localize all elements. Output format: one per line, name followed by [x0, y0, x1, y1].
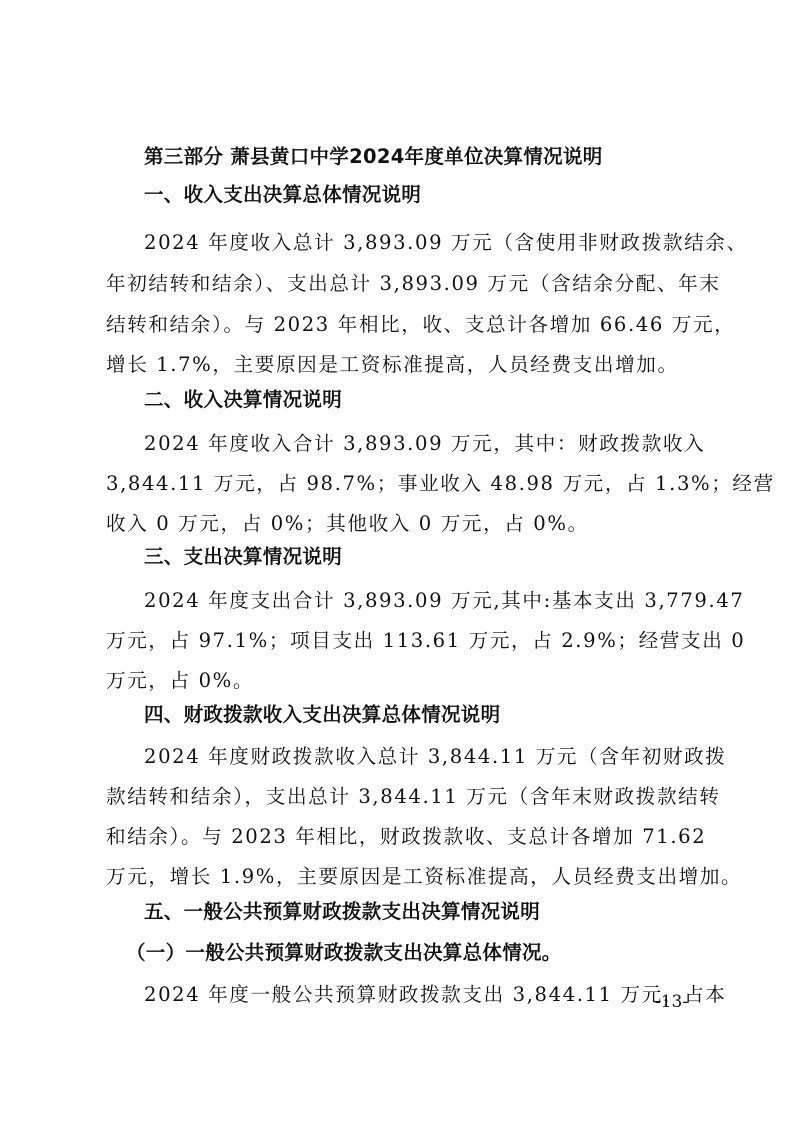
section-1-heading: 一、收入支出决算总体情况说明	[144, 181, 421, 209]
section-3-heading: 三、支出决算情况说明	[144, 543, 342, 571]
section-5-subheading: （一）一般公共预算财政拨款支出决算总体情况。	[126, 939, 562, 967]
section-1-line-1: 2024 年度收入总计 3,893.09 万元（含使用非财政拨款结余、	[144, 229, 692, 257]
section-2-line-2: 3,844.11 万元，占 98.7%；事业收入 48.98 万元，占 1.3%…	[106, 470, 692, 498]
section-3-line-1: 2024 年度支出合计 3,893.09 万元,其中:基本支出 3,779.47	[144, 587, 692, 615]
section-1-line-2: 年初结转和结余）、支出总计 3,893.09 万元（含结余分配、年末	[106, 270, 692, 298]
page-number: -13-	[655, 992, 688, 1012]
section-4-line-1: 2024 年度财政拨款收入总计 3,844.11 万元（含年初财政拨	[144, 743, 692, 771]
section-5-line-1: 2024 年度一般公共预算财政拨款支出 3,844.11 万元，占本	[144, 981, 692, 1009]
section-2-line-1: 2024 年度收入合计 3,893.09 万元，其中：财政拨款收入	[144, 430, 692, 458]
section-4-line-3: 和结余）。与 2023 年相比，财政拨款收、支总计各增加 71.62	[106, 823, 692, 851]
document-title: 第三部分 萧县黄口中学2024年度单位决算情况说明	[144, 143, 603, 171]
section-2-line-3: 收入 0 万元，占 0%；其他收入 0 万元，占 0%。	[106, 510, 589, 538]
section-1-line-4: 增长 1.7%，主要原因是工资标准提高，人员经费支出增加。	[106, 351, 679, 379]
section-3-line-3: 万元，占 0%。	[106, 667, 254, 695]
section-4-line-4: 万元，增长 1.9%，主要原因是工资标准提高，人员经费支出增加。	[106, 863, 742, 891]
section-4-line-2: 款结转和结余），支出总计 3,844.11 万元（含年末财政拨款结转	[106, 783, 692, 811]
section-4-heading: 四、财政拨款收入支出决算总体情况说明	[144, 701, 500, 729]
section-1-line-3: 结转和结余）。与 2023 年相比，收、支总计各增加 66.46 万元，	[106, 311, 692, 339]
section-2-heading: 二、收入决算情况说明	[144, 386, 342, 414]
section-5-heading: 五、一般公共预算财政拨款支出决算情况说明	[144, 898, 540, 926]
section-3-line-2: 万元，占 97.1%；项目支出 113.61 万元，占 2.9%；经营支出 0	[106, 627, 692, 655]
